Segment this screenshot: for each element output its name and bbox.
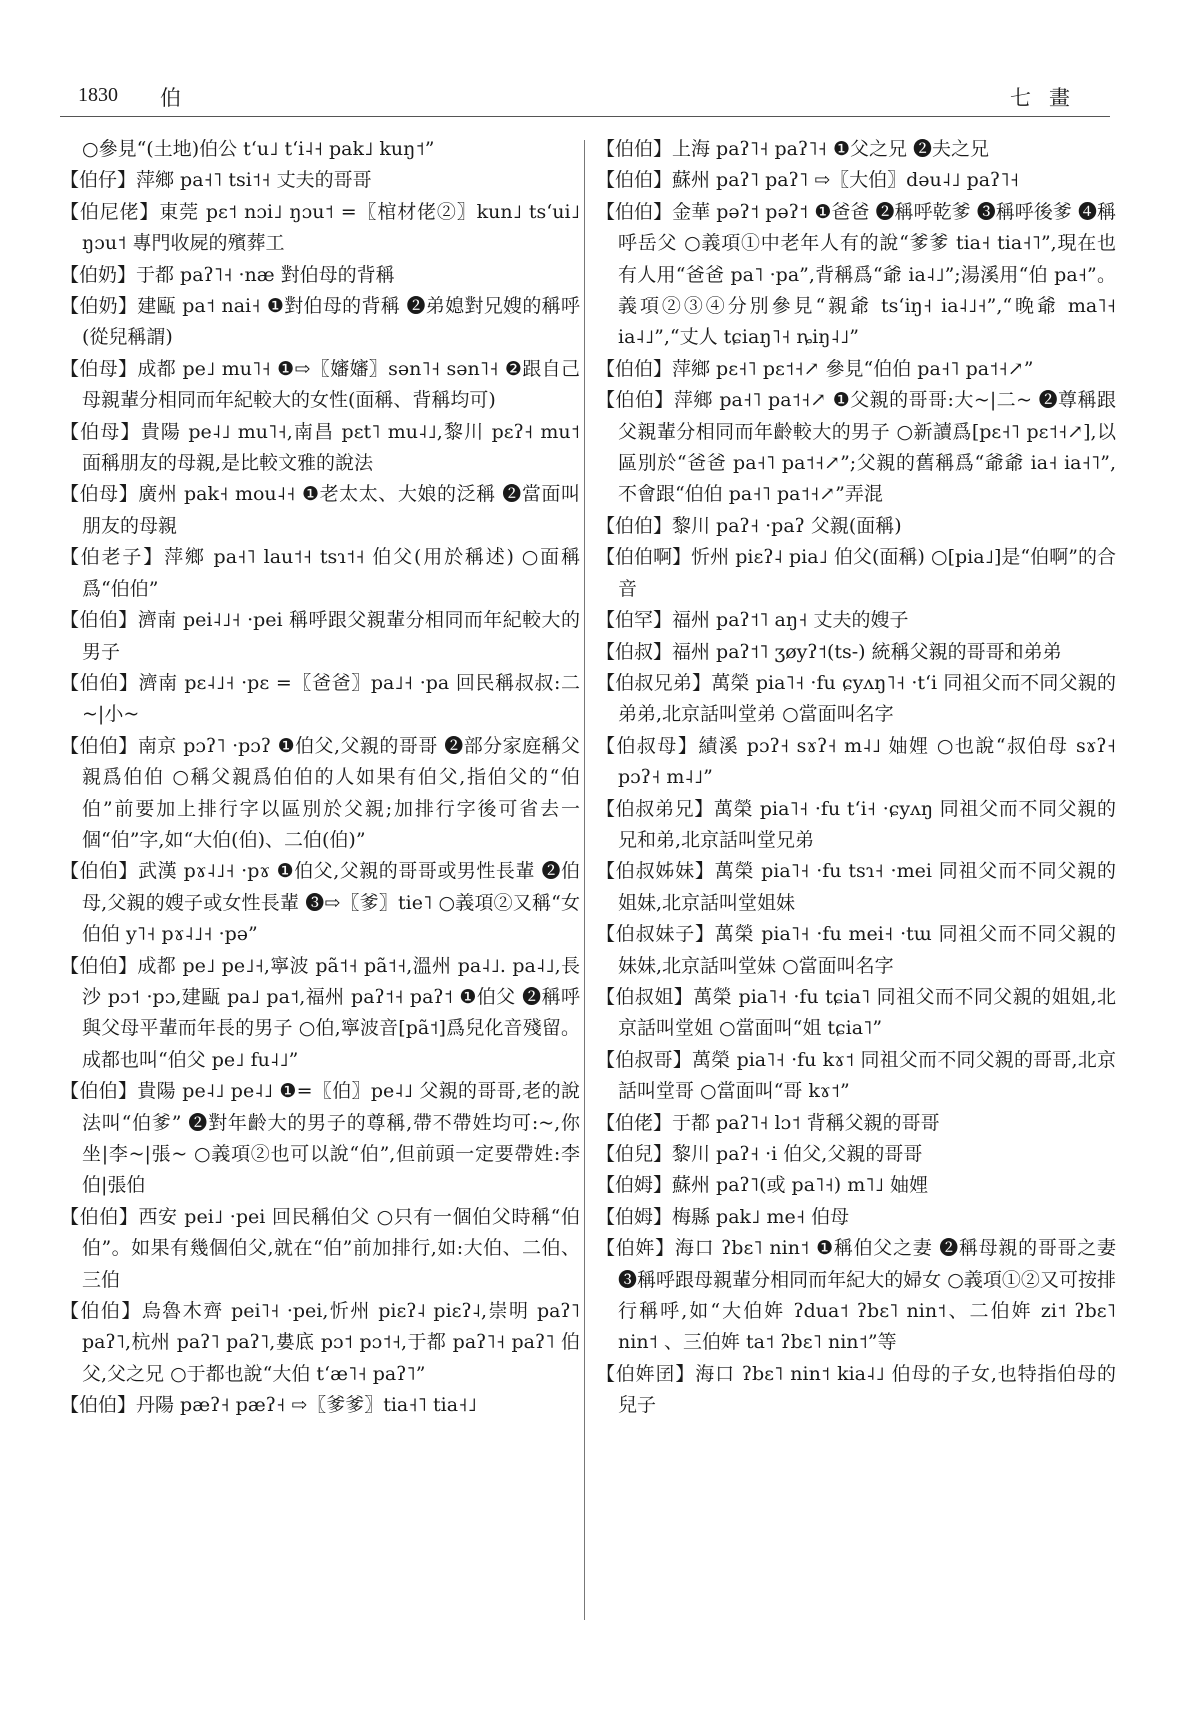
headword: 【伯母】 <box>60 483 138 505</box>
dictionary-entry: 【伯伯】武漢 pɤ˨˩˧ ·pɤ ❶伯父,父親的哥哥或男性長輩 ❷伯母,父親的嫂… <box>60 856 580 950</box>
dictionary-entry: 【伯叔姐】萬榮 pia˥˧ ·fu tɕia˥ 同祖父而不同父親的姐姐,北京話叫… <box>596 982 1116 1045</box>
headword: 【伯伯】 <box>60 672 138 694</box>
dictionary-entry: 【伯母】貴陽 pe˨˩ mu˥˧,南昌 pɛt˥ mu˨˩,黎川 pɛʔ˧ mu… <box>60 417 580 480</box>
headword: 【伯伯】 <box>60 860 138 882</box>
entry-text: 濟南 pɛ˨˩˧ ·pɛ =〖爸爸〗pa˩˧ ·pa 回民稱叔叔:二~|小~ <box>82 672 580 725</box>
headword: 【伯伯】 <box>60 1300 142 1322</box>
dictionary-entry: 【伯叔姊妹】萬榮 pia˥˧ ·fu tsɿ˧ ·mei 同祖父而不同父親的姐妹… <box>596 856 1116 919</box>
right-column: 【伯伯】上海 paʔ˥˧ paʔ˥˧ ❶父之兄 ❷夫之兄 【伯伯】蘇州 paʔ˥… <box>596 134 1116 1422</box>
entry-text: 海口 ʔbɛ˥ nin˦ ❶稱伯父之妻 ❷稱母親的哥哥之妻 ❸稱呼跟母親輩分相同… <box>618 1237 1116 1353</box>
header-rule <box>60 116 1110 117</box>
entry-text: ○參見“(土地)伯公 t‘u˩ t‘i˨˧ pak˩ kuŋ˦” <box>82 138 435 160</box>
headword: 【伯伯】 <box>60 735 138 757</box>
dictionary-entry: 【伯伯】萍鄉 pɛ˧˥ pɛ˦˧↗ 參見“伯伯 pa˧˥ pa˦˧↗” <box>596 354 1116 385</box>
headword: 【伯姆】 <box>596 1206 672 1228</box>
head-character: 伯 <box>160 82 181 112</box>
dictionary-entry: 【伯叔哥】萬榮 pia˥˧ ·fu kɤ˦ 同祖父而不同父親的哥哥,北京話叫堂哥… <box>596 1045 1116 1108</box>
dictionary-entry: 【伯叔兄弟】萬榮 pia˥˧ ·fu ɕyʌŋ˥˧ ·t‘i 同祖父而不同父親的… <box>596 668 1116 731</box>
dictionary-entry: 【伯兒】黎川 paʔ˧ ·i 伯父,父親的哥哥 <box>596 1139 1116 1170</box>
headword: 【伯母】 <box>60 358 137 380</box>
dictionary-entry: 【伯伯】貴陽 pe˨˩ pe˨˩ ❶=〖伯〗pe˨˩ 父親的哥哥,老的說法叫“伯… <box>60 1076 580 1202</box>
dictionary-entry: 【伯姩囝】海口 ʔbɛ˥ nin˦ kia˨˩ 伯母的子女,也特指伯母的兒子 <box>596 1359 1116 1422</box>
headword: 【伯叔母】 <box>596 735 698 757</box>
entry-text: 萬榮 pia˥˧ ·fu kɤ˦ 同祖父而不同父親的哥哥,北京話叫堂哥 ○當面叫… <box>618 1049 1116 1102</box>
dictionary-entry: 【伯母】成都 pe˩ mu˥˧ ❶⇨〖嬸嬸〗sən˥˧ sən˥˧ ❷跟自己母親… <box>60 354 580 417</box>
headword: 【伯仔】 <box>60 169 136 191</box>
entry-text: 武漢 pɤ˨˩˧ ·pɤ ❶伯父,父親的哥哥或男性長輩 ❷伯母,父親的嫂子或女性… <box>82 860 580 945</box>
dictionary-entry: 【伯仔】萍鄉 pa˧˥ tsi˦˧ 丈夫的哥哥 <box>60 165 580 196</box>
entry-text: 萍鄉 pa˧˥ pa˦˧↗ ❶父親的哥哥:大~|二~ ❷尊稱跟父親輩分相同而年齡… <box>618 389 1116 505</box>
dictionary-entry: 【伯姆】梅縣 pak˩ me˧ 伯母 <box>596 1202 1116 1233</box>
page-number: 1830 <box>78 84 118 107</box>
dictionary-entry: 【伯伯】上海 paʔ˥˧ paʔ˥˧ ❶父之兄 ❷夫之兄 <box>596 134 1116 165</box>
dictionary-entry: 【伯伯】萍鄉 pa˧˥ pa˦˧↗ ❶父親的哥哥:大~|二~ ❷尊稱跟父親輩分相… <box>596 385 1116 511</box>
headword: 【伯叔姐】 <box>596 986 693 1008</box>
dictionary-entry: 【伯伯】成都 pe˩ pe˩˧,寧波 pã˦˧ pã˦˧,溫州 pa˨˩. pa… <box>60 951 580 1077</box>
entry-text: 梅縣 pak˩ me˧ 伯母 <box>672 1206 849 1228</box>
entry-text: 黎川 paʔ˧ ·i 伯父,父親的哥哥 <box>672 1143 922 1165</box>
headword: 【伯伯】 <box>60 1080 137 1102</box>
dictionary-entry: 【伯奶】建甌 pa˦ nai˧ ❶對伯母的背稱 ❷弟媳對兄嫂的稱呼(從兒稱謂) <box>60 291 580 354</box>
entry-text: 福州 paʔ˦˥ aŋ˧ 丈夫的嫂子 <box>672 609 908 631</box>
headword: 【伯伯】 <box>60 955 137 977</box>
headword: 【伯佬】 <box>596 1112 672 1134</box>
page-header: 1830 伯 七畫 <box>60 76 1110 116</box>
dictionary-entry: 【伯伯啊】忻州 piɛʔ˨ pia˩ 伯父(面稱) ○[pia˩]是“伯啊”的合… <box>596 542 1116 605</box>
entry-text: 廣州 pak˧ mou˨˧ ❶老太太、大娘的泛稱 ❷當面叫朋友的母親 <box>82 483 580 536</box>
dictionary-entry: 【伯伯】濟南 pɛ˨˩˧ ·pɛ =〖爸爸〗pa˩˧ ·pa 回民稱叔叔:二~|… <box>60 668 580 731</box>
headword: 【伯奶】 <box>60 295 137 317</box>
dictionary-entry: 【伯奶】于都 paʔ˥˧ ·næ 對伯母的背稱 <box>60 260 580 291</box>
entry-text: 上海 paʔ˥˧ paʔ˥˧ ❶父之兄 ❷夫之兄 <box>672 138 989 160</box>
headword: 【伯伯】 <box>596 515 672 537</box>
headword: 【伯伯】 <box>60 1394 136 1416</box>
entry-text: 忻州 piɛʔ˨ pia˩ 伯父(面稱) ○[pia˩]是“伯啊”的合音 <box>618 546 1116 599</box>
dictionary-entry: 【伯罕】福州 paʔ˦˥ aŋ˧ 丈夫的嫂子 <box>596 605 1116 636</box>
headword: 【伯罕】 <box>596 609 672 631</box>
entry-text: 金華 pəʔ˦ pəʔ˦ ❶爸爸 ❷稱呼乾爹 ❸稱呼後爹 ❹稱呼岳父 ○義項①中… <box>618 201 1116 349</box>
headword: 【伯奶】 <box>60 264 136 286</box>
headword: 【伯姩囝】 <box>596 1363 695 1385</box>
section-title: 七畫 <box>1010 82 1088 112</box>
entry-text: 萬榮 pia˥˧ ·fu tɕia˥ 同祖父而不同父親的姐姐,北京話叫堂姐 ○當… <box>618 986 1116 1039</box>
dictionary-entry: 【伯伯】濟南 pei˨˩˧ ·pei 稱呼跟父親輩分相同而年紀較大的男子 <box>60 605 580 668</box>
headword: 【伯老子】 <box>60 546 164 568</box>
headword: 【伯姩】 <box>596 1237 675 1259</box>
headword: 【伯叔弟兄】 <box>596 798 714 820</box>
entry-text: 南京 pɔʔ˥ ·pɔʔ ❶伯父,父親的哥哥 ❷部分家庭稱父親爲伯伯 ○稱父親爲… <box>82 735 580 851</box>
dictionary-entry: ○參見“(土地)伯公 t‘u˩ t‘i˨˧ pak˩ kuŋ˦” <box>60 134 580 165</box>
headword: 【伯伯】 <box>596 389 674 411</box>
dictionary-entry: 【伯尼佬】東莞 pɛ˦ nɔi˩ ŋɔu˦ =〖棺材佬②〗kun˩ ts‘ui˩… <box>60 197 580 260</box>
headword: 【伯伯】 <box>596 201 672 223</box>
entry-text: 成都 pe˩ mu˥˧ ❶⇨〖嬸嬸〗sən˥˧ sən˥˧ ❷跟自己母親輩分相同… <box>82 358 580 411</box>
left-column: ○參見“(土地)伯公 t‘u˩ t‘i˨˧ pak˩ kuŋ˦” 【伯仔】萍鄉 … <box>60 134 580 1422</box>
dictionary-entry: 【伯伯】南京 pɔʔ˥ ·pɔʔ ❶伯父,父親的哥哥 ❷部分家庭稱父親爲伯伯 ○… <box>60 731 580 857</box>
entry-text: 黎川 paʔ˧ ·paʔ 父親(面稱) <box>672 515 902 537</box>
dictionary-entry: 【伯叔弟兄】萬榮 pia˥˧ ·fu t‘i˧ ·ɕyʌŋ 同祖父而不同父親的兄… <box>596 794 1116 857</box>
entry-text: 萍鄉 pɛ˧˥ pɛ˦˧↗ 參見“伯伯 pa˧˥ pa˦˧↗” <box>672 358 1033 380</box>
dictionary-entry: 【伯叔】福州 paʔ˦˥ ʒøyʔ˦(ts-) 統稱父親的哥哥和弟弟 <box>596 637 1116 668</box>
dictionary-entry: 【伯伯】西安 pei˩ ·pei 回民稱伯父 ○只有一個伯父時稱“伯伯”。如果有… <box>60 1202 580 1296</box>
entry-text: 貴陽 pe˨˩ pe˨˩ ❶=〖伯〗pe˨˩ 父親的哥哥,老的說法叫“伯爹” ❷… <box>82 1080 580 1196</box>
entry-text: 于都 paʔ˥˧ lɔ˦ 背稱父親的哥哥 <box>672 1112 940 1134</box>
dictionary-entry: 【伯伯】黎川 paʔ˧ ·paʔ 父親(面稱) <box>596 511 1116 542</box>
entry-text: 建甌 pa˦ nai˧ ❶對伯母的背稱 ❷弟媳對兄嫂的稱呼(從兒稱謂) <box>82 295 580 348</box>
headword: 【伯叔兄弟】 <box>596 672 711 694</box>
headword: 【伯母】 <box>60 421 141 443</box>
dictionary-entry: 【伯伯】烏魯木齊 pei˥˧ ·pei,忻州 piɛʔ˨ piɛʔ˨,崇明 pa… <box>60 1296 580 1390</box>
entry-text: 蘇州 paʔ˥ paʔ˥ ⇨〖大伯〗dəu˨˩ paʔ˥˧ <box>672 169 1019 191</box>
dictionary-entry: 【伯叔妹子】萬榮 pia˥˧ ·fu mei˧ ·tɯ 同祖父而不同父親的妹妹,… <box>596 919 1116 982</box>
headword: 【伯叔妹子】 <box>596 923 715 945</box>
headword: 【伯尼佬】 <box>60 201 159 223</box>
dictionary-entry: 【伯伯】金華 pəʔ˦ pəʔ˦ ❶爸爸 ❷稱呼乾爹 ❸稱呼後爹 ❹稱呼岳父 ○… <box>596 197 1116 354</box>
headword: 【伯伯】 <box>60 609 138 631</box>
headword: 【伯兒】 <box>596 1143 672 1165</box>
dictionary-entry: 【伯叔母】績溪 pɔʔ˧ sɤʔ˧ m˨˩ 妯娌 ○也說“叔伯母 sɤʔ˧ pɔ… <box>596 731 1116 794</box>
headword: 【伯叔哥】 <box>596 1049 692 1071</box>
column-divider <box>584 140 585 1620</box>
dictionary-entry: 【伯姆】蘇州 paʔ˥(或 pa˥˧) m˥˩ 妯娌 <box>596 1170 1116 1201</box>
headword: 【伯叔】 <box>596 641 672 663</box>
headword: 【伯伯】 <box>596 358 672 380</box>
entry-text: 成都 pe˩ pe˩˧,寧波 pã˦˧ pã˦˧,溫州 pa˨˩. pa˨˩,長… <box>82 955 580 1071</box>
entry-text: 烏魯木齊 pei˥˧ ·pei,忻州 piɛʔ˨ piɛʔ˨,崇明 paʔ˥ p… <box>82 1300 580 1385</box>
headword: 【伯伯】 <box>596 138 672 160</box>
entry-text: 于都 paʔ˥˧ ·næ 對伯母的背稱 <box>136 264 395 286</box>
dictionary-entry: 【伯老子】萍鄉 pa˧˥ lau˦˧ tsɿ˦˧ 伯父(用於稱述) ○面稱爲“伯… <box>60 542 580 605</box>
headword: 【伯叔姊妹】 <box>596 860 715 882</box>
entry-text: 萍鄉 pa˧˥ tsi˦˧ 丈夫的哥哥 <box>136 169 372 191</box>
entry-text: 福州 paʔ˦˥ ʒøyʔ˦(ts-) 統稱父親的哥哥和弟弟 <box>672 641 1062 663</box>
entry-text: 貴陽 pe˨˩ mu˥˧,南昌 pɛt˥ mu˨˩,黎川 pɛʔ˧ mu˦ 面稱… <box>82 421 580 474</box>
dictionary-entry: 【伯伯】蘇州 paʔ˥ paʔ˥ ⇨〖大伯〗dəu˨˩ paʔ˥˧ <box>596 165 1116 196</box>
entry-text: 丹陽 pæʔ˧ pæʔ˧ ⇨〖爹爹〗tia˧˥ tia˧˩ <box>136 1394 477 1416</box>
headword: 【伯姆】 <box>596 1174 672 1196</box>
dictionary-entry: 【伯伯】丹陽 pæʔ˧ pæʔ˧ ⇨〖爹爹〗tia˧˥ tia˧˩ <box>60 1390 580 1421</box>
dictionary-entry: 【伯佬】于都 paʔ˥˧ lɔ˦ 背稱父親的哥哥 <box>596 1108 1116 1139</box>
headword: 【伯伯】 <box>60 1206 138 1228</box>
entry-text: 濟南 pei˨˩˧ ·pei 稱呼跟父親輩分相同而年紀較大的男子 <box>82 609 580 662</box>
entry-text: 西安 pei˩ ·pei 回民稱伯父 ○只有一個伯父時稱“伯伯”。如果有幾個伯父… <box>82 1206 580 1291</box>
headword: 【伯伯啊】 <box>596 546 691 568</box>
dictionary-entry: 【伯母】廣州 pak˧ mou˨˧ ❶老太太、大娘的泛稱 ❷當面叫朋友的母親 <box>60 479 580 542</box>
entry-text: 蘇州 paʔ˥(或 pa˥˧) m˥˩ 妯娌 <box>672 1174 928 1196</box>
headword: 【伯伯】 <box>596 169 672 191</box>
dictionary-entry: 【伯姩】海口 ʔbɛ˥ nin˦ ❶稱伯父之妻 ❷稱母親的哥哥之妻 ❸稱呼跟母親… <box>596 1233 1116 1359</box>
